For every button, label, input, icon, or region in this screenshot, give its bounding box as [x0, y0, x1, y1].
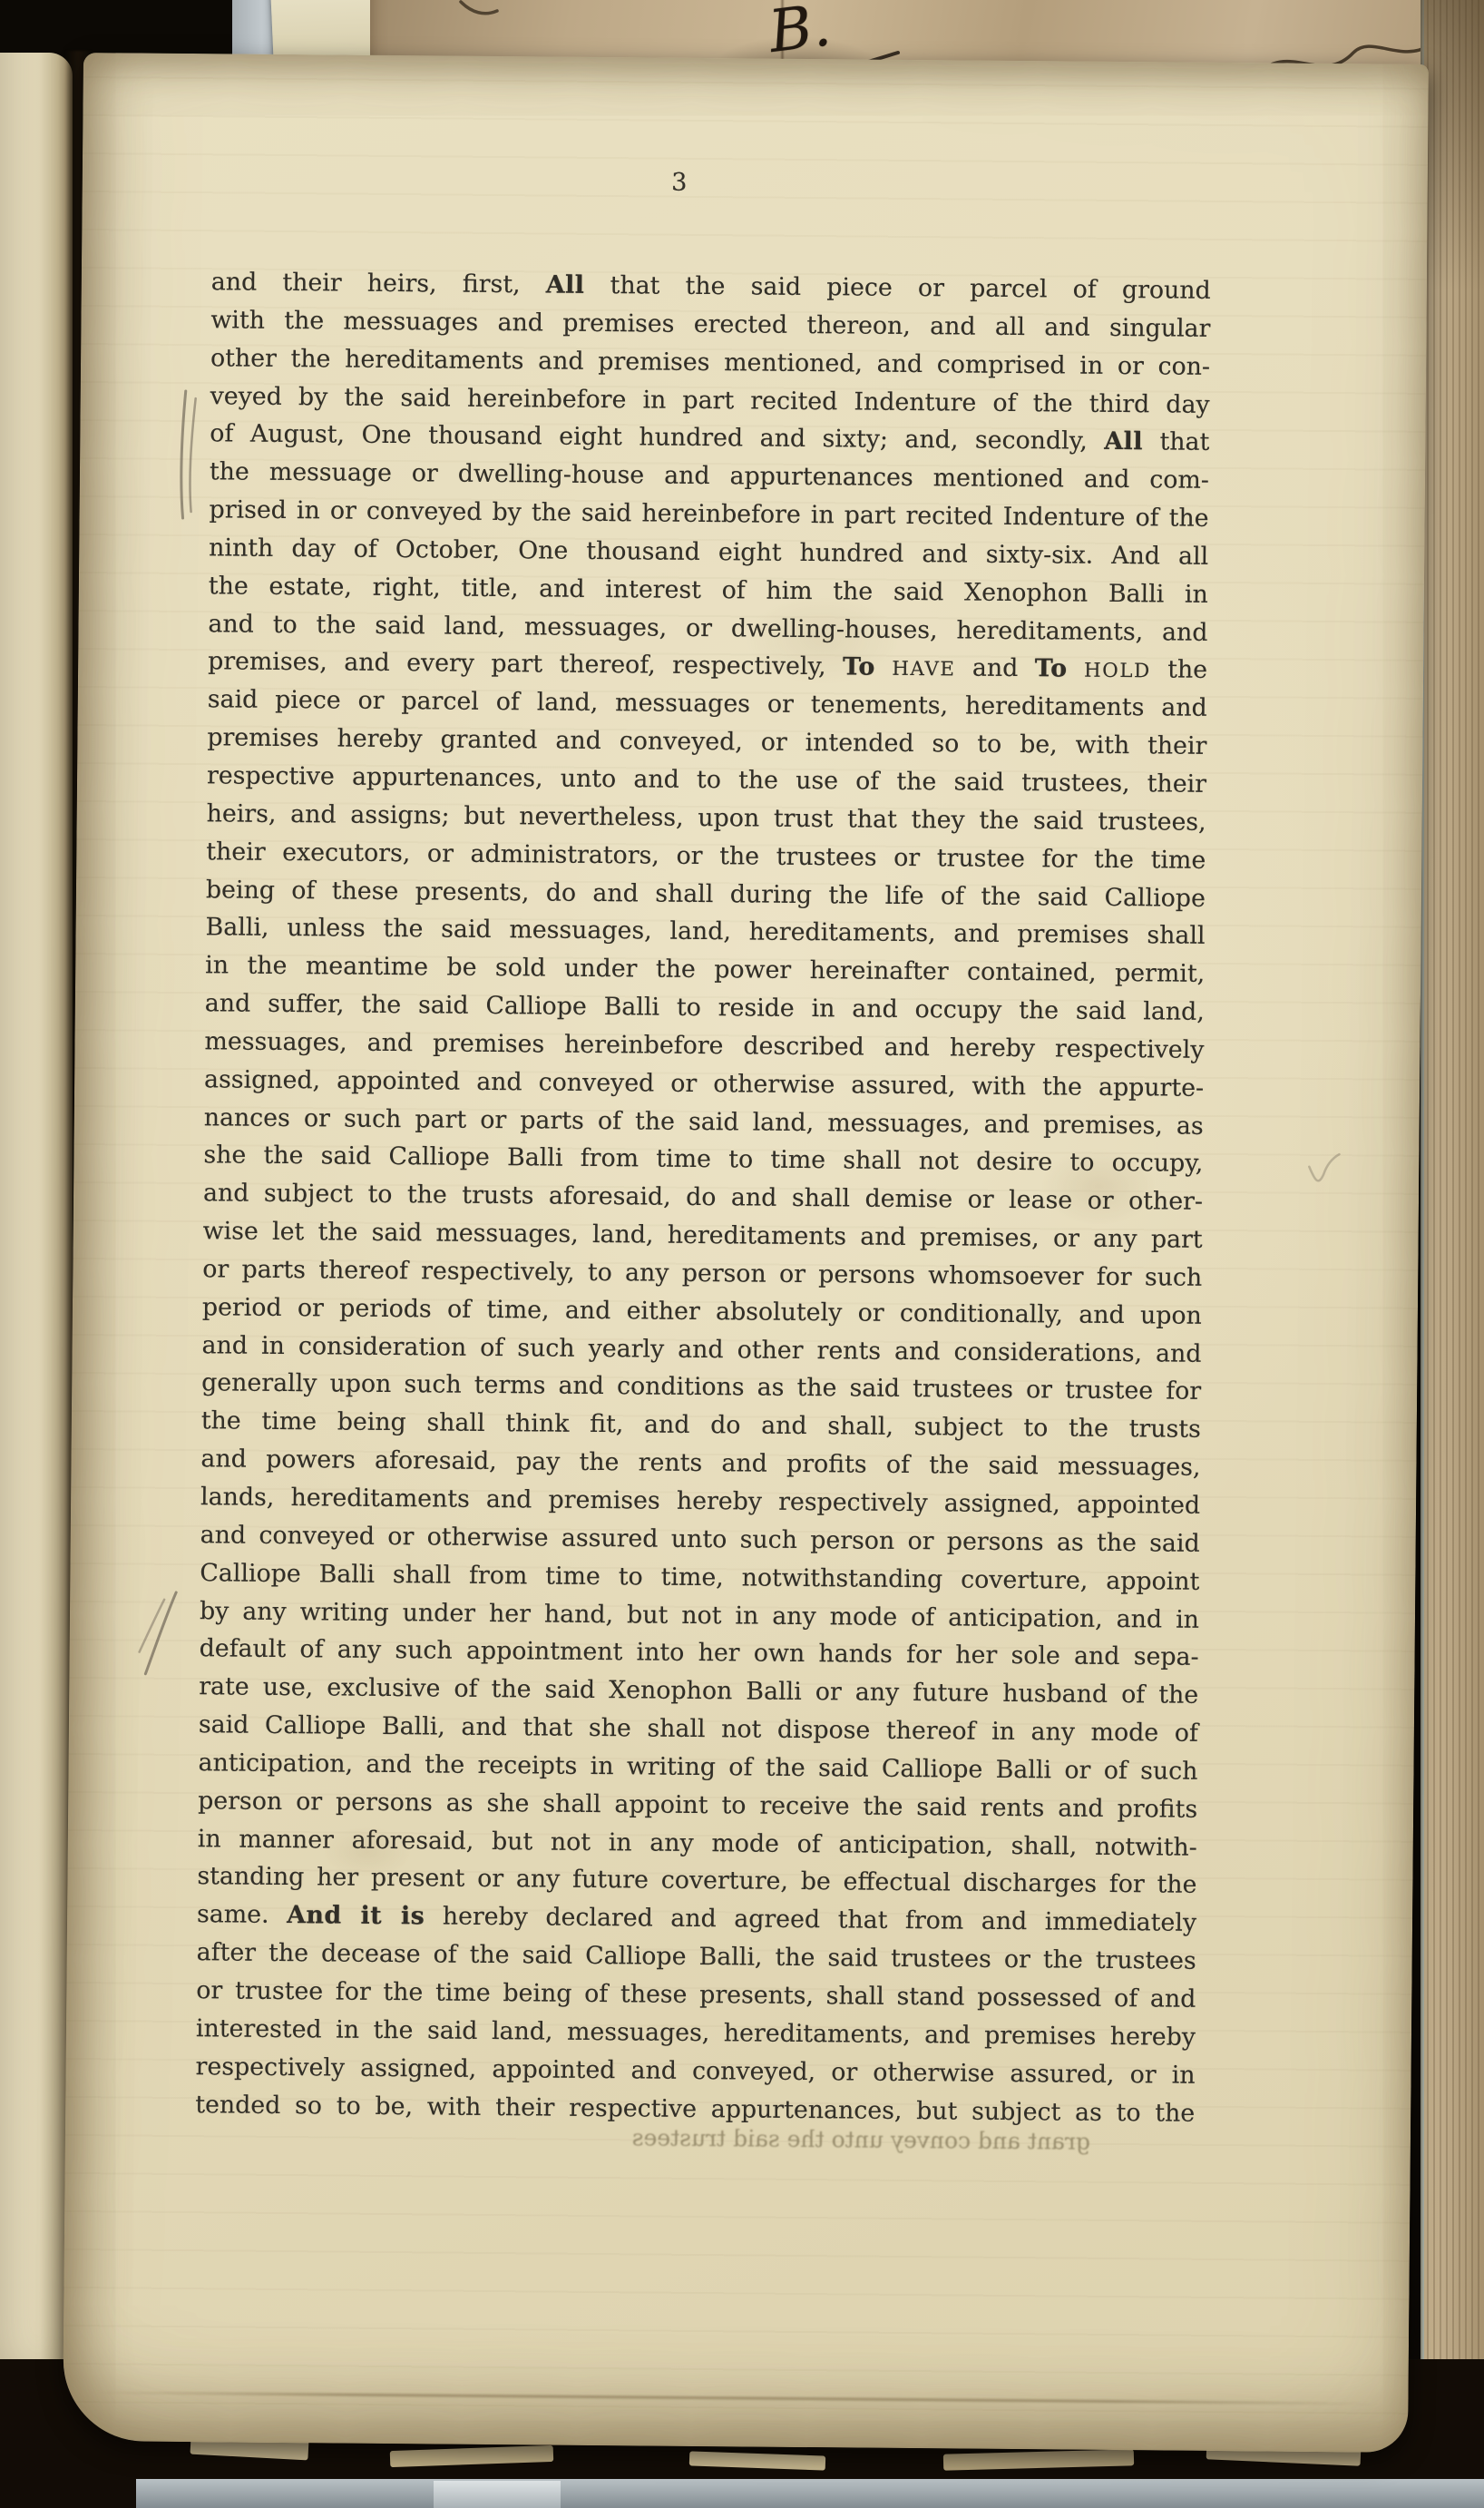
page-curl-shadow [90, 2391, 1378, 2405]
pencil-check [1309, 1154, 1339, 1181]
pencil-slash [140, 1600, 165, 1652]
table-surface-highlight [434, 2481, 561, 2508]
document-page: 3 and their heirs, first, All that the s… [63, 53, 1429, 2453]
previous-page-edge [0, 53, 73, 2439]
pencil-slash [145, 1592, 176, 1674]
text-block: and their heirs, first, All that the sai… [195, 263, 1211, 2132]
page-number: 3 [652, 168, 707, 197]
table-surface [136, 2479, 1484, 2508]
page-stack-edge-shade [1421, 0, 1484, 290]
book-scan: { "page": { "number": "3", "handwriting_… [0, 0, 1484, 2508]
page-stack-edge [1421, 0, 1484, 2508]
pencil-margin-stroke [181, 391, 185, 518]
pencil-margin-stroke [190, 398, 196, 512]
